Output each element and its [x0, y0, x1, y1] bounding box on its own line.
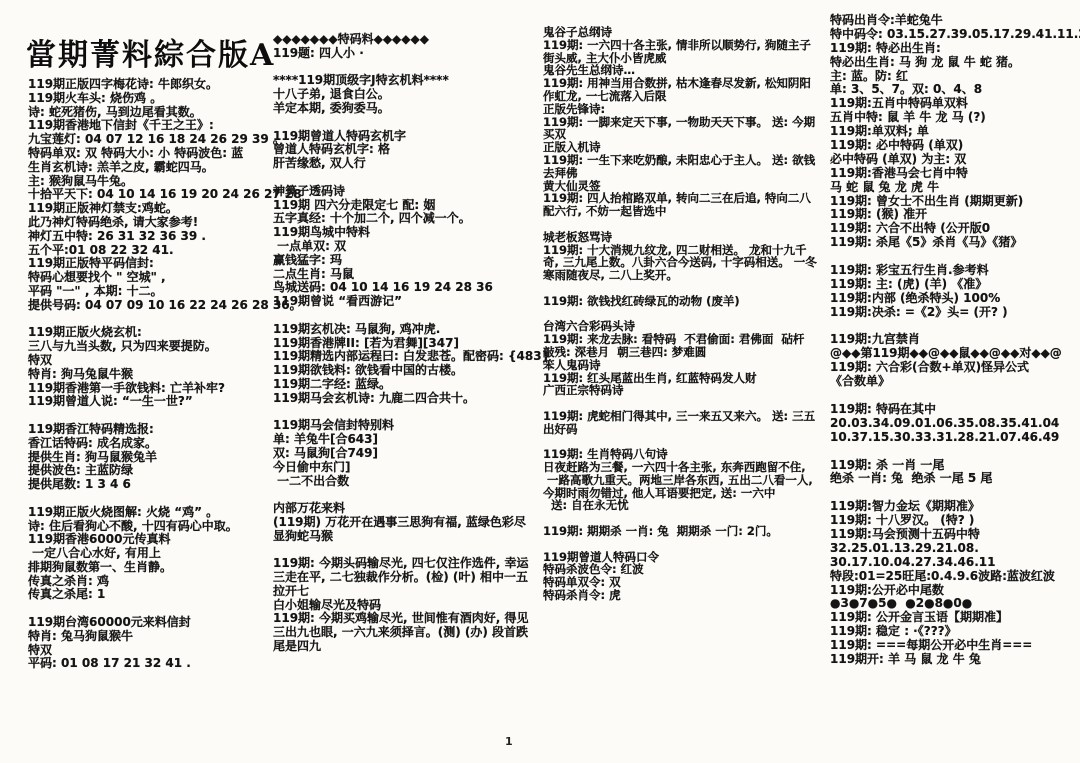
- text-line: 送: 自在永无忧: [543, 499, 828, 512]
- text-line: [28, 602, 268, 616]
- text-line: [273, 171, 531, 185]
- text-line: [830, 389, 1074, 403]
- page-number: 1: [505, 735, 513, 748]
- text-column-2: ◆◆◆◆◆◆◆特码料◆◆◆◆◆◆119题: 四人小 · ****119期顶级字J…: [273, 33, 531, 654]
- text-line: 香江话特码: 成名成家。: [28, 437, 268, 451]
- text-line: 119期二字经: 蓝绿。: [273, 378, 531, 392]
- text-line: 119期:内部 (绝杀特头) 100%: [830, 292, 1074, 306]
- text-line: 特码杀肖令: 虎: [543, 589, 828, 602]
- text-line: 此乃神灯特码绝杀, 请大家参考!: [28, 216, 268, 230]
- text-line: 119期: 一脚来定天下事, 一物助天天下事。 送: 今期: [543, 116, 828, 129]
- scanned-tipsheet-page: 當期菁料綜合版A 119期正版四字梅花诗: 牛郎织女。119期火车头: 烧伤鸡 …: [0, 0, 1080, 763]
- text-line: [28, 409, 268, 423]
- text-line: 10.37.15.30.33.31.28.21.07.46.49: [830, 431, 1074, 445]
- text-line: [543, 538, 828, 551]
- text-line: 119期: 特码在其中: [830, 403, 1074, 417]
- text-line: 排期狗鼠数第一、生肖静。: [28, 561, 268, 575]
- text-line: (119期) 万花开在遇事三思狗有福, 蓝绿色彩尽: [273, 516, 531, 530]
- text-line: 119期正版火烧图解: 火烧 “鸡” 。: [28, 506, 268, 520]
- text-line: 内部万花来料: [273, 502, 531, 516]
- text-line: 119期台湾60000元来料信封: [28, 616, 268, 630]
- text-line: 提供号码: 04 07 09 10 16 22 24 26 28 36。: [28, 299, 268, 313]
- text-column-4: 特码出肖令:羊蛇兔牛特中码令: 03.15.27.39.05.17.29.41.…: [830, 14, 1074, 667]
- text-line: 平码: 01 08 17 21 32 41 .: [28, 657, 268, 671]
- text-line: 119期: 主: (虎) (羊) 《准》: [830, 278, 1074, 292]
- text-line: 城老板怒骂诗: [543, 231, 828, 244]
- text-line: [543, 282, 828, 295]
- text-line: 119期火车头: 烧伤鸡 。: [28, 92, 268, 106]
- text-line: 119期:香港马会七肖中特: [830, 167, 1074, 181]
- text-line: 特段:01=25旺尾:0.4.9.6波路:蓝波红波: [830, 570, 1074, 584]
- text-line: 119期正版神灯禁支:鸡蛇。: [28, 202, 268, 216]
- text-line: 119题: 四人小 ·: [273, 47, 531, 61]
- text-line: 119期正版四字梅花诗: 牛郎织女。: [28, 78, 268, 92]
- text-line: 119期: 特必出生肖:: [830, 42, 1074, 56]
- text-line: 敲残: 深巷月 朝三巷四: 梦难圆: [543, 346, 828, 359]
- text-line: 今日偷中东门]: [273, 461, 531, 475]
- text-line: 119期: 稳定 : ·《???》: [830, 625, 1074, 639]
- text-line: 119期: 杀尾《5》杀肖《马》《猪》: [830, 236, 1074, 250]
- text-line: 羊定本期, 委狗委马。: [273, 102, 531, 116]
- text-line: 特码单双: 双 特码大小: 小 特码波色: 蓝: [28, 147, 268, 161]
- text-line: 119期: 彩宝五行生肖.参考料: [830, 264, 1074, 278]
- text-line: 119期: ===每期公开必中生肖===: [830, 639, 1074, 653]
- text-line: 三走在平, 二七独裁作分析。(检) (叶) 相中一五: [273, 571, 531, 585]
- text-line: 广西正宗特码诗: [543, 384, 828, 397]
- text-line: 119期: 期期杀 一肖: 兔 期期杀 一门: 2门。: [543, 525, 828, 538]
- text-line: 拉开七: [273, 585, 531, 599]
- text-line: 119期:马会预测十五码中特: [830, 528, 1074, 542]
- text-line: 寒雨随夜尽, 二八上奖开。: [543, 269, 828, 282]
- text-line: [543, 218, 828, 231]
- text-line: 九宝莲灯: 04 07 12 16 18 24 26 29 39 。: [28, 133, 268, 147]
- text-line: 必中特码 (单双) 为主: 双: [830, 153, 1074, 167]
- text-line: [830, 445, 1074, 459]
- text-line: 马 蛇 鼠 兔 龙 虎 牛: [830, 181, 1074, 195]
- text-line: 正版先锋诗:: [543, 103, 828, 116]
- text-line: 119期:单双料; 单: [830, 125, 1074, 139]
- text-line: 30.17.10.04.27.34.46.11: [830, 556, 1074, 570]
- text-line: 119期: 必中特码 (单双): [830, 139, 1074, 153]
- text-line: 十八子弟, 退食白公。: [273, 88, 531, 102]
- text-line: [830, 250, 1074, 264]
- text-line: 特中码令: 03.15.27.39.05.17.29.41.11.23.35.4…: [830, 28, 1074, 42]
- text-line: 119期: 一生下来吃奶酿, 未阳忠心于主人。 送: 欲钱: [543, 154, 828, 167]
- text-line: 一点单双: 双: [273, 240, 531, 254]
- text-line: 20.03.34.09.01.06.35.08.35.41.04: [830, 417, 1074, 431]
- text-line: 特码心想要找个 " 空城" ,: [28, 271, 268, 285]
- text-line: 119期: 十八罗汉。 (特? ): [830, 514, 1074, 528]
- text-line: 119期曾道人说: “一生一世?”: [28, 395, 268, 409]
- text-line: 《合数单》: [830, 375, 1074, 389]
- page-title: 當期菁料綜合版A: [26, 30, 275, 74]
- text-line: 特肖: 狗马兔鼠牛猴: [28, 368, 268, 382]
- text-line: 配六行, 不妨一起皆选中: [543, 205, 828, 218]
- text-line: 119期: 来龙去脉: 看特码 不君偷面: 君佛面 砧杆: [543, 333, 828, 346]
- text-line: 119期马会玄机诗: 九鹿二四合共十。: [273, 392, 531, 406]
- text-line: 特码出肖令:羊蛇兔牛: [830, 14, 1074, 28]
- text-line: 笨人鬼码诗: [543, 359, 828, 372]
- text-line: 119期香江特码精选报:: [28, 423, 268, 437]
- text-line: 平码 "一" , 本期: 十二。: [28, 285, 268, 299]
- text-line: 119期开: 羊 马 鼠 龙 牛 兔: [830, 653, 1074, 667]
- text-line: 119期: 虎蛇相门得其中, 三一来五又来六。 送: 三五: [543, 410, 828, 423]
- text-line: 一定八合心水好, 有用上: [28, 547, 268, 561]
- text-line: [543, 397, 828, 410]
- text-line: [28, 492, 268, 506]
- text-line: 特肖: 兔马狗鼠猴牛: [28, 630, 268, 644]
- text-column-1: 119期正版四字梅花诗: 牛郎织女。119期火车头: 烧伤鸡 。诗: 蛇死猪伤,…: [28, 78, 268, 671]
- text-line: 119期鸟城中特料: [273, 226, 531, 240]
- text-line: 119期: 今期头码输尽光, 四七仅注作选件, 幸运: [273, 557, 531, 571]
- text-line: 三出九也眼, 一六九来须择言。(测) (办) 段首跌: [273, 626, 531, 640]
- text-line: 去拜佛: [543, 167, 828, 180]
- text-line: 三八与九当头数, 只为四来要提防。: [28, 340, 268, 354]
- text-line: 32.25.01.13.29.21.08.: [830, 542, 1074, 556]
- text-line: 日夜赶路为三餐, 一六四十各主张, 东奔西跑留不住,: [543, 461, 828, 474]
- text-line: 尾是四九: [273, 640, 531, 654]
- text-line: 绝杀 一肖: 兔 绝杀 一尾 5 尾: [830, 472, 1074, 486]
- text-line: 119期: 欲钱找红砖绿瓦的动物 (废羊): [543, 295, 828, 308]
- text-line: 119期玄机决: 马鼠狗, 鸡冲虎.: [273, 323, 531, 337]
- text-line: 传真之杀尾: 1: [28, 588, 268, 602]
- text-line: 119期欲钱料: 欲钱看中国的古楼。: [273, 364, 531, 378]
- text-column-3: 鬼谷子总纲诗119期: 一六四十各主张, 情非所以顺势行, 狗随主子街头威, 主…: [543, 26, 828, 602]
- text-line: 119期:智力金坛《期期准》: [830, 500, 1074, 514]
- text-line: 特双: [28, 354, 268, 368]
- text-line: 119期:决杀: =《2》头= (开? ): [830, 306, 1074, 320]
- text-line: 119期:公开必中尾数: [830, 584, 1074, 598]
- text-line: 一二不出合数: [273, 475, 531, 489]
- text-line: 提供尾数: 1 3 4 6: [28, 478, 268, 492]
- text-line: 神算子透码诗: [273, 185, 531, 199]
- text-line: 赢钱猛字: 玛: [273, 254, 531, 268]
- text-line: 119期: 一六四十各主张, 情非所以顺势行, 狗随主子: [543, 39, 828, 52]
- text-line: 神灯五中特: 26 31 32 36 39 .: [28, 230, 268, 244]
- text-line: 119期曾说 “看西游记”: [273, 295, 531, 309]
- text-line: 特必出生肖: 马 狗 龙 鼠 牛 蛇 猪。: [830, 56, 1074, 70]
- text-line: 作虹龙, 一七流落入后限: [543, 90, 828, 103]
- text-line: 显狗蛇马猴: [273, 530, 531, 544]
- text-line: 生肖玄机诗: 羔羊之皮, 霸蛇四马。: [28, 161, 268, 175]
- text-line: [273, 116, 531, 130]
- text-line: [273, 309, 531, 323]
- text-line: 肝苦缘愁, 双人行: [273, 157, 531, 171]
- text-line: 出好码: [543, 423, 828, 436]
- text-line: 双: 马鼠狗[合749]: [273, 447, 531, 461]
- text-line: 鬼谷子总纲诗: [543, 26, 828, 39]
- text-line: ◆◆◆◆◆◆◆特码料◆◆◆◆◆◆: [273, 33, 531, 47]
- text-line: 一路高歌九重天。两地三岸各东西, 五出二八看一人,: [543, 474, 828, 487]
- text-line: 单: 羊兔牛[合643]: [273, 433, 531, 447]
